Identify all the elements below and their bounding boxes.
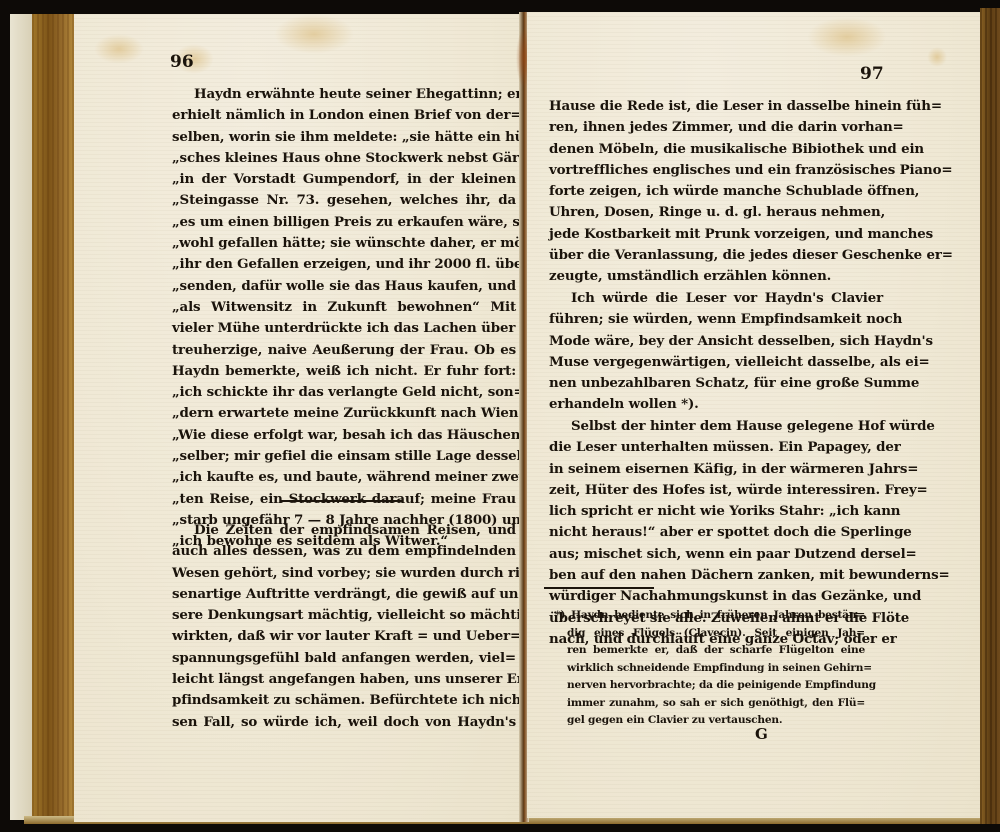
text-line: zeit, Hüter des Hofes ist, würde interes… [549, 480, 883, 501]
text-line: Ich würde die Leser vor Haydn's Clavier [549, 288, 883, 309]
paper-stain [927, 47, 947, 67]
page-number: 97 [860, 64, 884, 84]
footnote: *) Haydn bediente sich in früheren Jahre… [555, 607, 865, 730]
left-page-edges [32, 14, 74, 822]
footnote-line: ren bemerkte er, daß der scharfe Flügelt… [555, 642, 865, 660]
text-line: auch alles dessen, was zu dem empfindeln… [172, 541, 516, 562]
text-line: „wohl gefallen hätte; sie wünschte daher… [172, 233, 516, 254]
footnote-line: gel gegen ein Clavier zu vertauschen. [555, 712, 865, 730]
text-line: „senden, dafür wolle sie das Haus kaufen… [172, 276, 516, 297]
left-cover-board [10, 14, 33, 820]
text-line: forte zeigen, ich würde manche Schublade… [549, 181, 883, 202]
text-line: zeugte, umständlich erzählen können. [549, 266, 883, 287]
paper-stain [807, 17, 887, 57]
text-line: aus; mischet sich, wenn ein paar Dutzend… [549, 544, 883, 565]
footnote-line: dig eines Flügels (Clavecin). Seit einig… [555, 625, 865, 643]
right-page-edges [980, 8, 1000, 824]
text-line: lich spricht er nicht wie Yoriks Stahr: … [549, 501, 883, 522]
text-line: „in der Vorstadt Gumpendorf, in der klei… [172, 169, 516, 190]
text-line: „ich schickte ihr das verlangte Geld nic… [172, 382, 516, 403]
text-line: über die Veranlassung, die jedes dieser … [549, 245, 883, 266]
text-line: vortreffliches englisches und ein franzö… [549, 160, 883, 181]
text-line: „es um einen billigen Preis zu erkaufen … [172, 212, 516, 233]
left-paragraph-1: Haydn erwähnte heute seiner Ehegattinn; … [172, 84, 516, 553]
text-line: Die Zeiten der empfindsamen Reisen, und [172, 520, 516, 541]
paper-stain [274, 14, 354, 54]
text-line: „ich kaufte es, und baute, während meine… [172, 467, 516, 488]
text-line: ren, ihnen jedes Zimmer, und die darin v… [549, 117, 883, 138]
text-line: Hause die Rede ist, die Leser in dasselb… [549, 96, 883, 117]
text-line: treuherzige, naive Aeußerung der Frau. O… [172, 340, 516, 361]
text-line: selben, worin sie ihm meldete: „sie hätt… [172, 127, 516, 148]
text-line: leicht längst angefangen haben, uns unse… [172, 669, 516, 690]
text-line: erhielt nämlich in London einen Brief vo… [172, 105, 516, 126]
text-line: sen Fall, so würde ich, weil doch von Ha… [172, 712, 516, 733]
signature-mark: G [755, 725, 768, 743]
footnote-line: *) Haydn bediente sich in früheren Jahre… [555, 607, 865, 625]
text-line: Mode wäre, bey der Ansicht desselben, si… [549, 331, 883, 352]
text-line: erhandeln wollen *). [549, 394, 883, 415]
text-line: Uhren, Dosen, Ringe u. d. gl. heraus neh… [549, 202, 883, 223]
paper-stain [94, 34, 144, 64]
text-line: in seinem eisernen Käfig, in der wärmere… [549, 459, 883, 480]
footnote-line: nerven hervorbrachte; da die peinigende … [555, 677, 865, 695]
right-paragraph-1: Hause die Rede ist, die Leser in dasselb… [549, 96, 883, 288]
text-line: Selbst der hinter dem Hause gelegene Hof… [549, 416, 883, 437]
text-line: pfindsamkeit zu schämen. Befürchtete ich… [172, 690, 516, 711]
text-line: die Leser unterhalten müssen. Ein Papage… [549, 437, 883, 458]
text-line: ben auf den nahen Dächern zanken, mit be… [549, 565, 883, 586]
text-line: vieler Mühe unterdrückte ich das Lachen … [172, 318, 516, 339]
text-line: Haydn bemerkte, weiß ich nicht. Er fuhr … [172, 361, 516, 382]
text-line: jede Kostbarkeit mit Prunk vorzeigen, un… [549, 224, 883, 245]
footnote-line: wirklich schneidende Empfindung in seine… [555, 660, 865, 678]
text-line: „Wie diese erfolgt war, besah ich das Hä… [172, 425, 516, 446]
text-line: „selber; mir gefiel die einsam stille La… [172, 446, 516, 467]
right-paragraph-2: Ich würde die Leser vor Haydn's Clavier … [549, 288, 883, 416]
page-number: 96 [170, 52, 194, 72]
open-book: 96 Haydn erwähnte heute seiner Ehegattin… [0, 0, 1000, 832]
text-line: „ihr den Gefallen erzeigen, und ihr 2000… [172, 254, 516, 275]
left-page: 96 Haydn erwähnte heute seiner Ehegattin… [74, 14, 522, 822]
text-line: Muse vergegenwärtigen, vielleicht dassel… [549, 352, 883, 373]
text-line: „als Witwensitz in Zukunft bewohnen“ Mit [172, 297, 516, 318]
text-line: nen unbezahlbaren Schatz, für eine große… [549, 373, 883, 394]
text-line: „Steingasse Nr. 73. gesehen, welches ihr… [172, 190, 516, 211]
section-divider [280, 500, 402, 502]
footnote-divider [544, 587, 654, 589]
text-line: „dern erwartete meine Zurückkunft nach W… [172, 403, 516, 424]
text-line: denen Möbeln, die musikalische Bibiothek… [549, 139, 883, 160]
text-line: Haydn erwähnte heute seiner Ehegattinn; … [172, 84, 516, 105]
right-page: 97 Hause die Rede ist, die Leser in dass… [527, 12, 980, 818]
text-line: sere Denkungsart mächtig, vielleicht so … [172, 605, 516, 626]
left-paragraph-2: Die Zeiten der empfindsamen Reisen, und … [172, 520, 516, 733]
footnote-line: immer zunahm, so sah er sich genöthigt, … [555, 695, 865, 713]
text-line: senartige Auftritte verdrängt, die gewiß… [172, 584, 516, 605]
text-line: führen; sie würden, wenn Empfindsamkeit … [549, 309, 883, 330]
text-line: spannungsgefühl bald anfangen werden, vi… [172, 648, 516, 669]
text-line: wirkten, daß wir vor lauter Kraft = und … [172, 626, 516, 647]
text-line: „sches kleines Haus ohne Stockwerk nebst… [172, 148, 516, 169]
text-line: nicht heraus!“ aber er spottet doch die … [549, 522, 883, 543]
text-line: Wesen gehört, sind vorbey; sie wurden du… [172, 563, 516, 584]
text-line: würdiger Nachahmungskunst in das Gezänke… [549, 586, 883, 607]
